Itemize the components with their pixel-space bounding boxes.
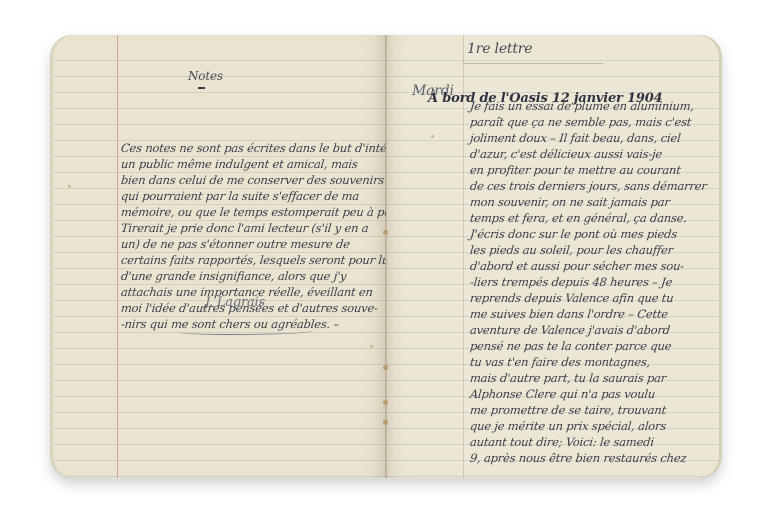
text-line: de ces trois derniers jours, sans démarr…: [469, 178, 707, 194]
text-line: Ces notes ne sont pas écrites dans le bu…: [120, 140, 386, 156]
page-title-notes: Notes: [188, 69, 223, 83]
notebook-spine: [385, 35, 387, 478]
binding-stitch: [383, 420, 388, 425]
binding-stitch: [383, 230, 388, 235]
text-line: joliment doux – Il fait beau, dans, ciel: [469, 130, 681, 146]
red-margin-line: [117, 35, 118, 478]
title-dash: [198, 87, 205, 89]
text-line: tu vas t'en faire des montagnes,: [469, 354, 651, 370]
text-line: autant tout dire; Voici: le samedi: [469, 434, 655, 450]
text-line: bien dans celui de me conserver des souv…: [120, 172, 385, 188]
text-line: me suives bien dans l'ordre – Cette: [469, 306, 669, 322]
text-line: qui pourraient par la suite s'effacer de…: [120, 188, 360, 204]
notebook-spread: Notes Ces notes ne sont pas écrites dans…: [50, 35, 722, 478]
text-line: J'écris donc sur le pont où mes pieds: [469, 226, 678, 242]
text-line: un public même indulgent et amical, mais: [120, 156, 358, 172]
right-page-body: Je fais un essai de plume en aluminium, …: [470, 98, 720, 478]
text-line: d'azur, c'est délicieux aussi vais-je: [469, 146, 663, 162]
paper-fleck: [431, 135, 434, 138]
paper-fleck: [68, 185, 71, 188]
text-line: mémoire, ou que le temps estomperait peu…: [120, 204, 386, 220]
signature-flourish: [178, 328, 313, 335]
text-line: -liers trempés depuis 48 heures – Je: [469, 274, 673, 290]
text-line: temps et fera, et en général, ça danse.: [469, 210, 688, 226]
text-line: mais d'autre part, tu la saurais par: [469, 370, 667, 386]
text-line: d'une grande insignifiance, alors que j'…: [120, 268, 347, 284]
text-line: aventure de Valence j'avais d'abord: [469, 322, 671, 338]
text-line: en profiter pour te mettre au courant: [469, 162, 681, 178]
right-page: Mardi 1re lettre À bord de l'Oasis 12 ja…: [386, 35, 722, 478]
text-line: reprends depuis Valence afin que tu: [469, 290, 674, 306]
text-line: que je mérite un prix spécial, alors: [469, 418, 667, 434]
text-line: Tirerait je prie donc l'ami lecteur (s'i…: [120, 220, 369, 236]
text-line: Je fais un essai de plume en aluminium,: [469, 98, 695, 114]
text-line: pensé ne pas te la conter parce que: [469, 338, 672, 354]
letter-heading: 1re lettre: [467, 41, 532, 57]
text-line: Alphonse Clere qui n'a pas voulu: [469, 386, 656, 402]
text-line: d'abord et aussi pour sécher mes sou-: [469, 258, 685, 274]
text-line: un) de ne pas s'étonner outre mesure de: [120, 236, 351, 252]
heading-rule: [463, 63, 603, 64]
paper-fleck: [370, 345, 373, 348]
text-line: certains faits rapportés, lesquels seron…: [120, 252, 386, 268]
text-line: me promettre de se taire, trouvant: [469, 402, 667, 418]
left-page: Notes Ces notes ne sont pas écrites dans…: [50, 35, 386, 478]
text-line: les pieds au soleil, pour les chauffer: [469, 242, 674, 258]
binding-stitch: [383, 365, 388, 370]
text-line: paraît que ça ne semble pas, mais c'est: [469, 114, 692, 130]
left-page-body: Ces notes ne sont pas écrites dans le bu…: [121, 140, 386, 310]
binding-stitch: [383, 400, 388, 405]
text-line: 9, après nous être bien restaurés chez: [469, 450, 687, 466]
signature: J. Lagrais: [205, 295, 265, 310]
text-line: mon souvenir, on ne sait jamais par: [469, 194, 670, 210]
